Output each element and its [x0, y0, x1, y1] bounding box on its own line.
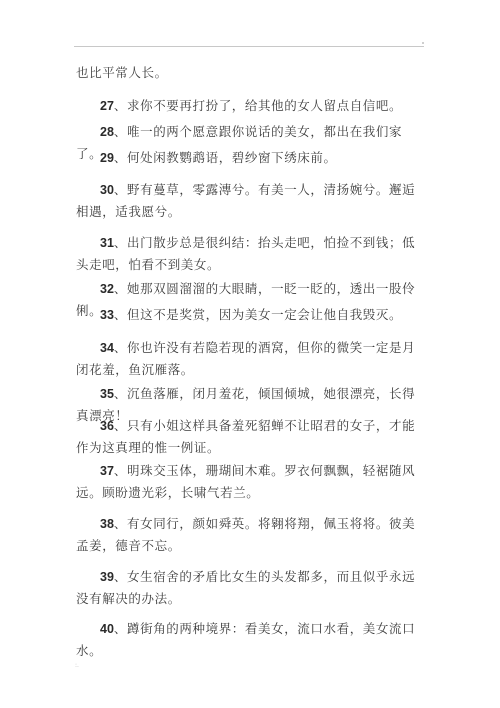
item-number: 32	[100, 282, 114, 296]
item-number: 30	[100, 183, 114, 197]
list-item: 37、明珠交玉体，珊瑚间木难。罗衣何飘飘，轻裾随风远。顾盼遗光彩，长啸气若兰。	[76, 460, 426, 503]
item-number: 29	[100, 151, 114, 165]
item-number: 39	[100, 570, 114, 584]
item-number: 31	[100, 236, 114, 250]
header-mark	[422, 42, 424, 44]
header-divider	[74, 46, 424, 47]
item-number: 28	[100, 125, 114, 139]
item-text: 、但这不是奖赏，因为美女一定会让他自我毁灭。	[114, 307, 402, 322]
list-item: 36、只有小姐这样具备羞死貂蝉不让昭君的女子，才能作为这真理的惟一例证。	[76, 415, 426, 458]
item-text: 、蹲街角的两种境界：看美女，流口水看，美女流口水。	[76, 621, 415, 658]
continuation-paragraph: 也比平常人长。	[76, 62, 426, 83]
continuation-text: 也比平常人长。	[76, 65, 168, 80]
item-number: 40	[100, 622, 114, 636]
footer-mark: :.	[75, 662, 79, 669]
list-item: 39、女生宿舍的矛盾比女生的头发都多，而且似乎永远没有解决的办法。	[76, 566, 426, 609]
list-item: 30、野有蔓草，零露漙兮。有美一人，清扬婉兮。邂逅相遇，适我愿兮。	[76, 179, 426, 222]
document-page: 也比平常人长。 27、求你不要再打扮了，给其他的女人留点自信吧。 28、唯一的两…	[0, 0, 500, 708]
item-text: 、有女同行，颜如舜英。将翱将翔，佩玉将将。彼美孟姜，德音不忘。	[76, 516, 415, 553]
list-item: 27、求你不要再打扮了，给其他的女人留点自信吧。	[76, 95, 426, 117]
item-number: 37	[100, 464, 114, 478]
list-item: 33、但这不是奖赏，因为美女一定会让他自我毁灭。	[76, 304, 426, 326]
item-text: 、出门散步总是很纠结：抬头走吧，怕捡不到钱；低头走吧，怕看不到美女。	[76, 235, 415, 272]
item-text: 、求你不要再打扮了，给其他的女人留点自信吧。	[114, 98, 402, 113]
item-text: 、只有小姐这样具备羞死貂蝉不让昭君的女子，才能作为这真理的惟一例证。	[76, 418, 415, 455]
list-item: 38、有女同行，颜如舜英。将翱将翔，佩玉将将。彼美孟姜，德音不忘。	[76, 513, 426, 556]
item-number: 33	[100, 308, 114, 322]
list-item: 34、你也许没有若隐若现的酒窝，但你的微笑一定是月闭花羞，鱼沉雁落。	[76, 337, 426, 380]
list-item: 29、何处闲教鹦鹉语，碧纱窗下绣床前。	[76, 147, 426, 169]
item-text: 、何处闲教鹦鹉语，碧纱窗下绣床前。	[114, 150, 337, 165]
list-item: 31、出门散步总是很纠结：抬头走吧，怕捡不到钱；低头走吧，怕看不到美女。	[76, 232, 426, 275]
item-text: 、你也许没有若隐若现的酒窝，但你的微笑一定是月闭花羞，鱼沉雁落。	[76, 340, 415, 377]
item-number: 35	[100, 387, 114, 401]
item-number: 27	[100, 99, 114, 113]
item-number: 38	[100, 517, 114, 531]
item-text: 、明珠交玉体，珊瑚间木难。罗衣何飘飘，轻裾随风远。顾盼遗光彩，长啸气若兰。	[76, 463, 415, 500]
item-number: 36	[100, 419, 114, 433]
item-text: 、野有蔓草，零露漙兮。有美一人，清扬婉兮。邂逅相遇，适我愿兮。	[76, 182, 415, 219]
list-item: 40、蹲街角的两种境界：看美女，流口水看，美女流口水。	[76, 618, 426, 661]
item-text: 、女生宿舍的矛盾比女生的头发都多，而且似乎永远没有解决的办法。	[76, 569, 415, 606]
item-number: 34	[100, 341, 114, 355]
